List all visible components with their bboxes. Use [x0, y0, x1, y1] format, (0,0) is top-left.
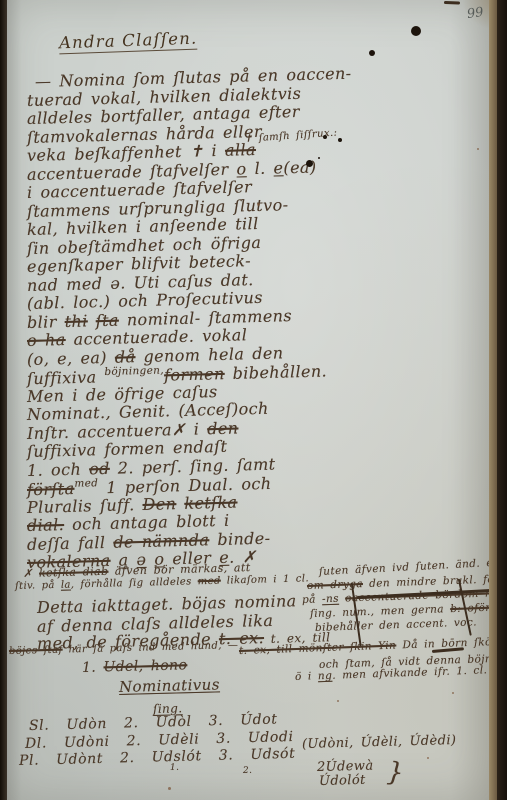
ink-blot: [323, 135, 327, 139]
manuscript-line: 1. Udel, hono: [82, 657, 188, 676]
paper-speck: [452, 692, 454, 694]
manuscript-line: Nominativus: [119, 675, 220, 696]
paper-speck: [168, 787, 171, 790]
paper-speck: [337, 700, 339, 702]
pen-stroke: [444, 1, 460, 5]
manuscript-line: 1.: [170, 763, 180, 773]
ink-blot: [318, 157, 320, 159]
manuscript-line: }: [386, 757, 406, 788]
paper-speck: [427, 757, 429, 759]
manuscript-line: (Udòni, Údèli, Údèdi): [302, 733, 457, 752]
photo-edge-right: [497, 0, 507, 800]
binding-edge-left: [0, 0, 7, 800]
ink-blot: [411, 26, 421, 36]
page-number: 99: [466, 5, 484, 22]
photo-background: 99 Andra Claſſen. — Nomina ſom ſlutas på…: [0, 0, 507, 800]
section-heading: Andra Claſſen.: [59, 29, 198, 55]
paper-speck: [257, 203, 260, 206]
ink-blot: [338, 138, 342, 142]
manuscript-page: 99 Andra Claſſen. — Nomina ſom ſlutas på…: [7, 0, 489, 800]
page-stack-edge: [489, 0, 497, 800]
manuscript-line: 2.: [243, 766, 253, 776]
paper-speck: [477, 148, 479, 150]
ink-blot: [306, 160, 313, 167]
ink-blot: [369, 50, 375, 56]
manuscript-line: Údolót: [319, 773, 366, 789]
